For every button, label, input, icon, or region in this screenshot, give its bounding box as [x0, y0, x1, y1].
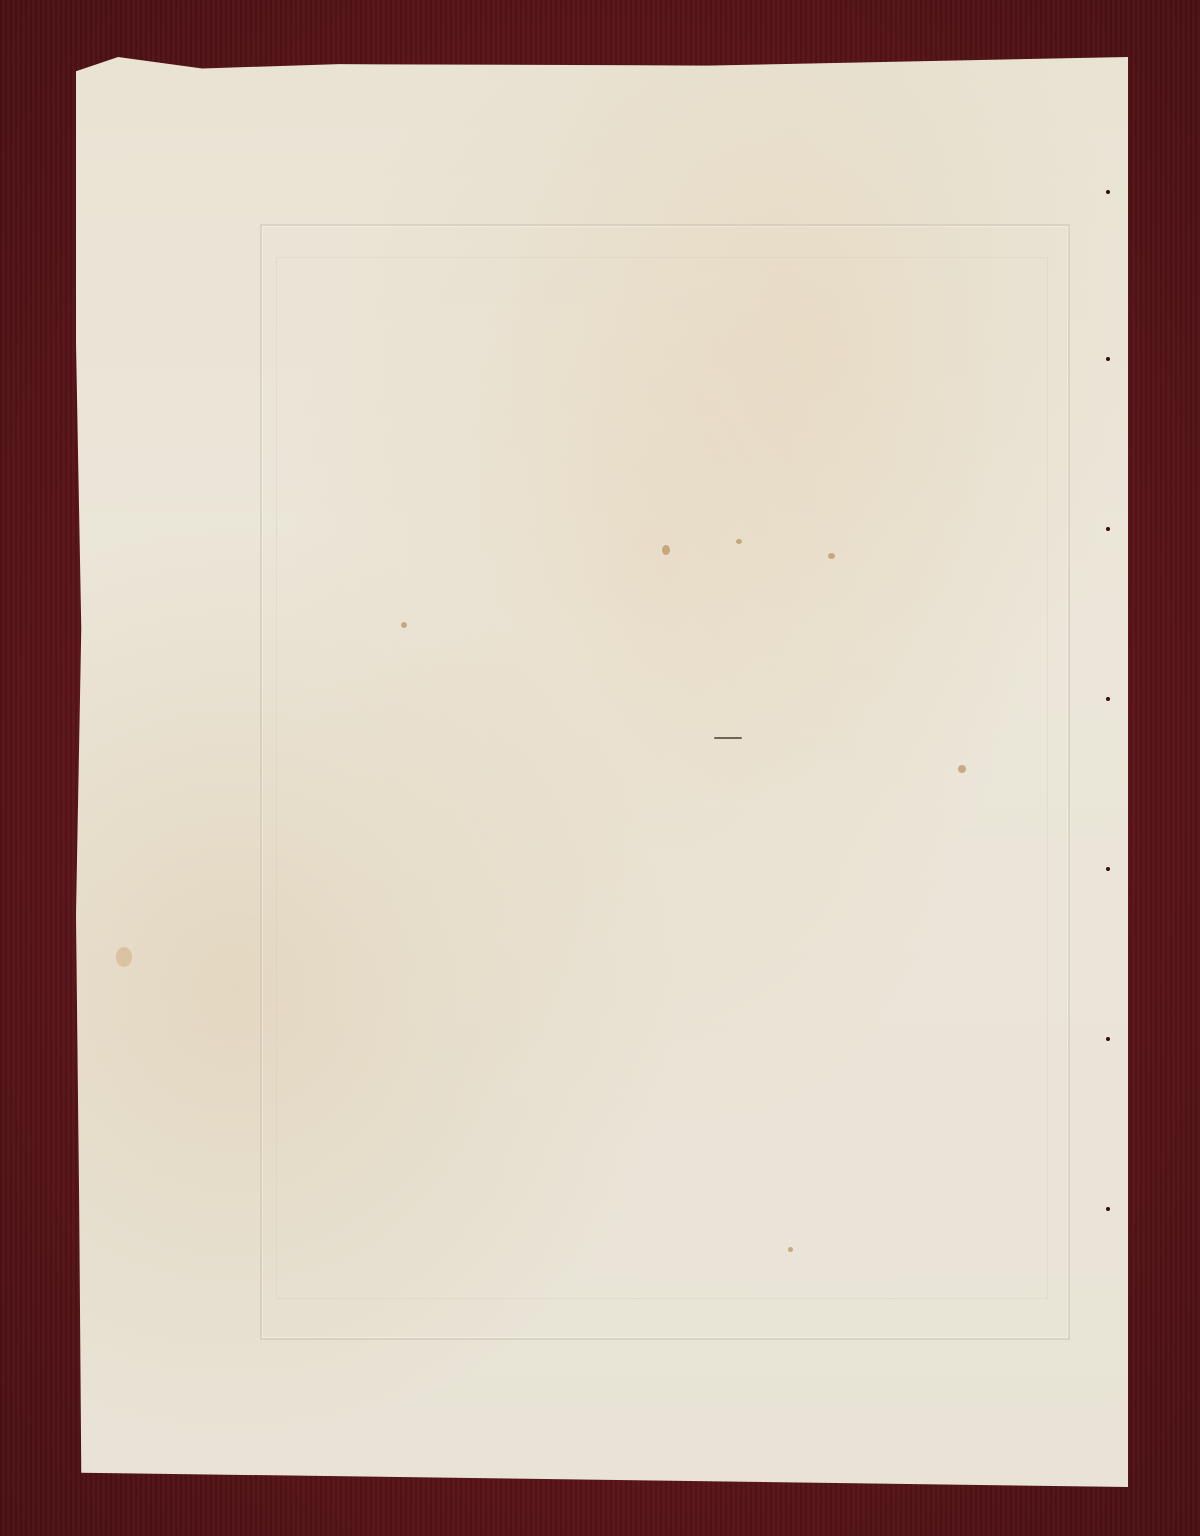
foxing-spot: [714, 737, 742, 739]
foxing-spot: [736, 539, 742, 544]
foxing-spot: [828, 553, 835, 559]
foxing-spot: [958, 765, 966, 773]
binding-hole: [1106, 697, 1110, 701]
inner-plate-outline: [276, 257, 1048, 1299]
binding-hole: [1106, 527, 1110, 531]
binding-hole: [1106, 1037, 1110, 1041]
foxing-spot: [401, 622, 407, 628]
binding-hole: [1106, 190, 1110, 194]
foxing-spot: [1076, 1487, 1081, 1492]
binding-hole: [1106, 867, 1110, 871]
binding-hole: [1106, 357, 1110, 361]
antique-paper-sheet: [76, 57, 1128, 1487]
binding-hole: [1106, 1207, 1110, 1211]
foxing-spot: [116, 947, 132, 967]
foxing-spot: [788, 1247, 793, 1252]
foxing-spot: [662, 545, 670, 555]
